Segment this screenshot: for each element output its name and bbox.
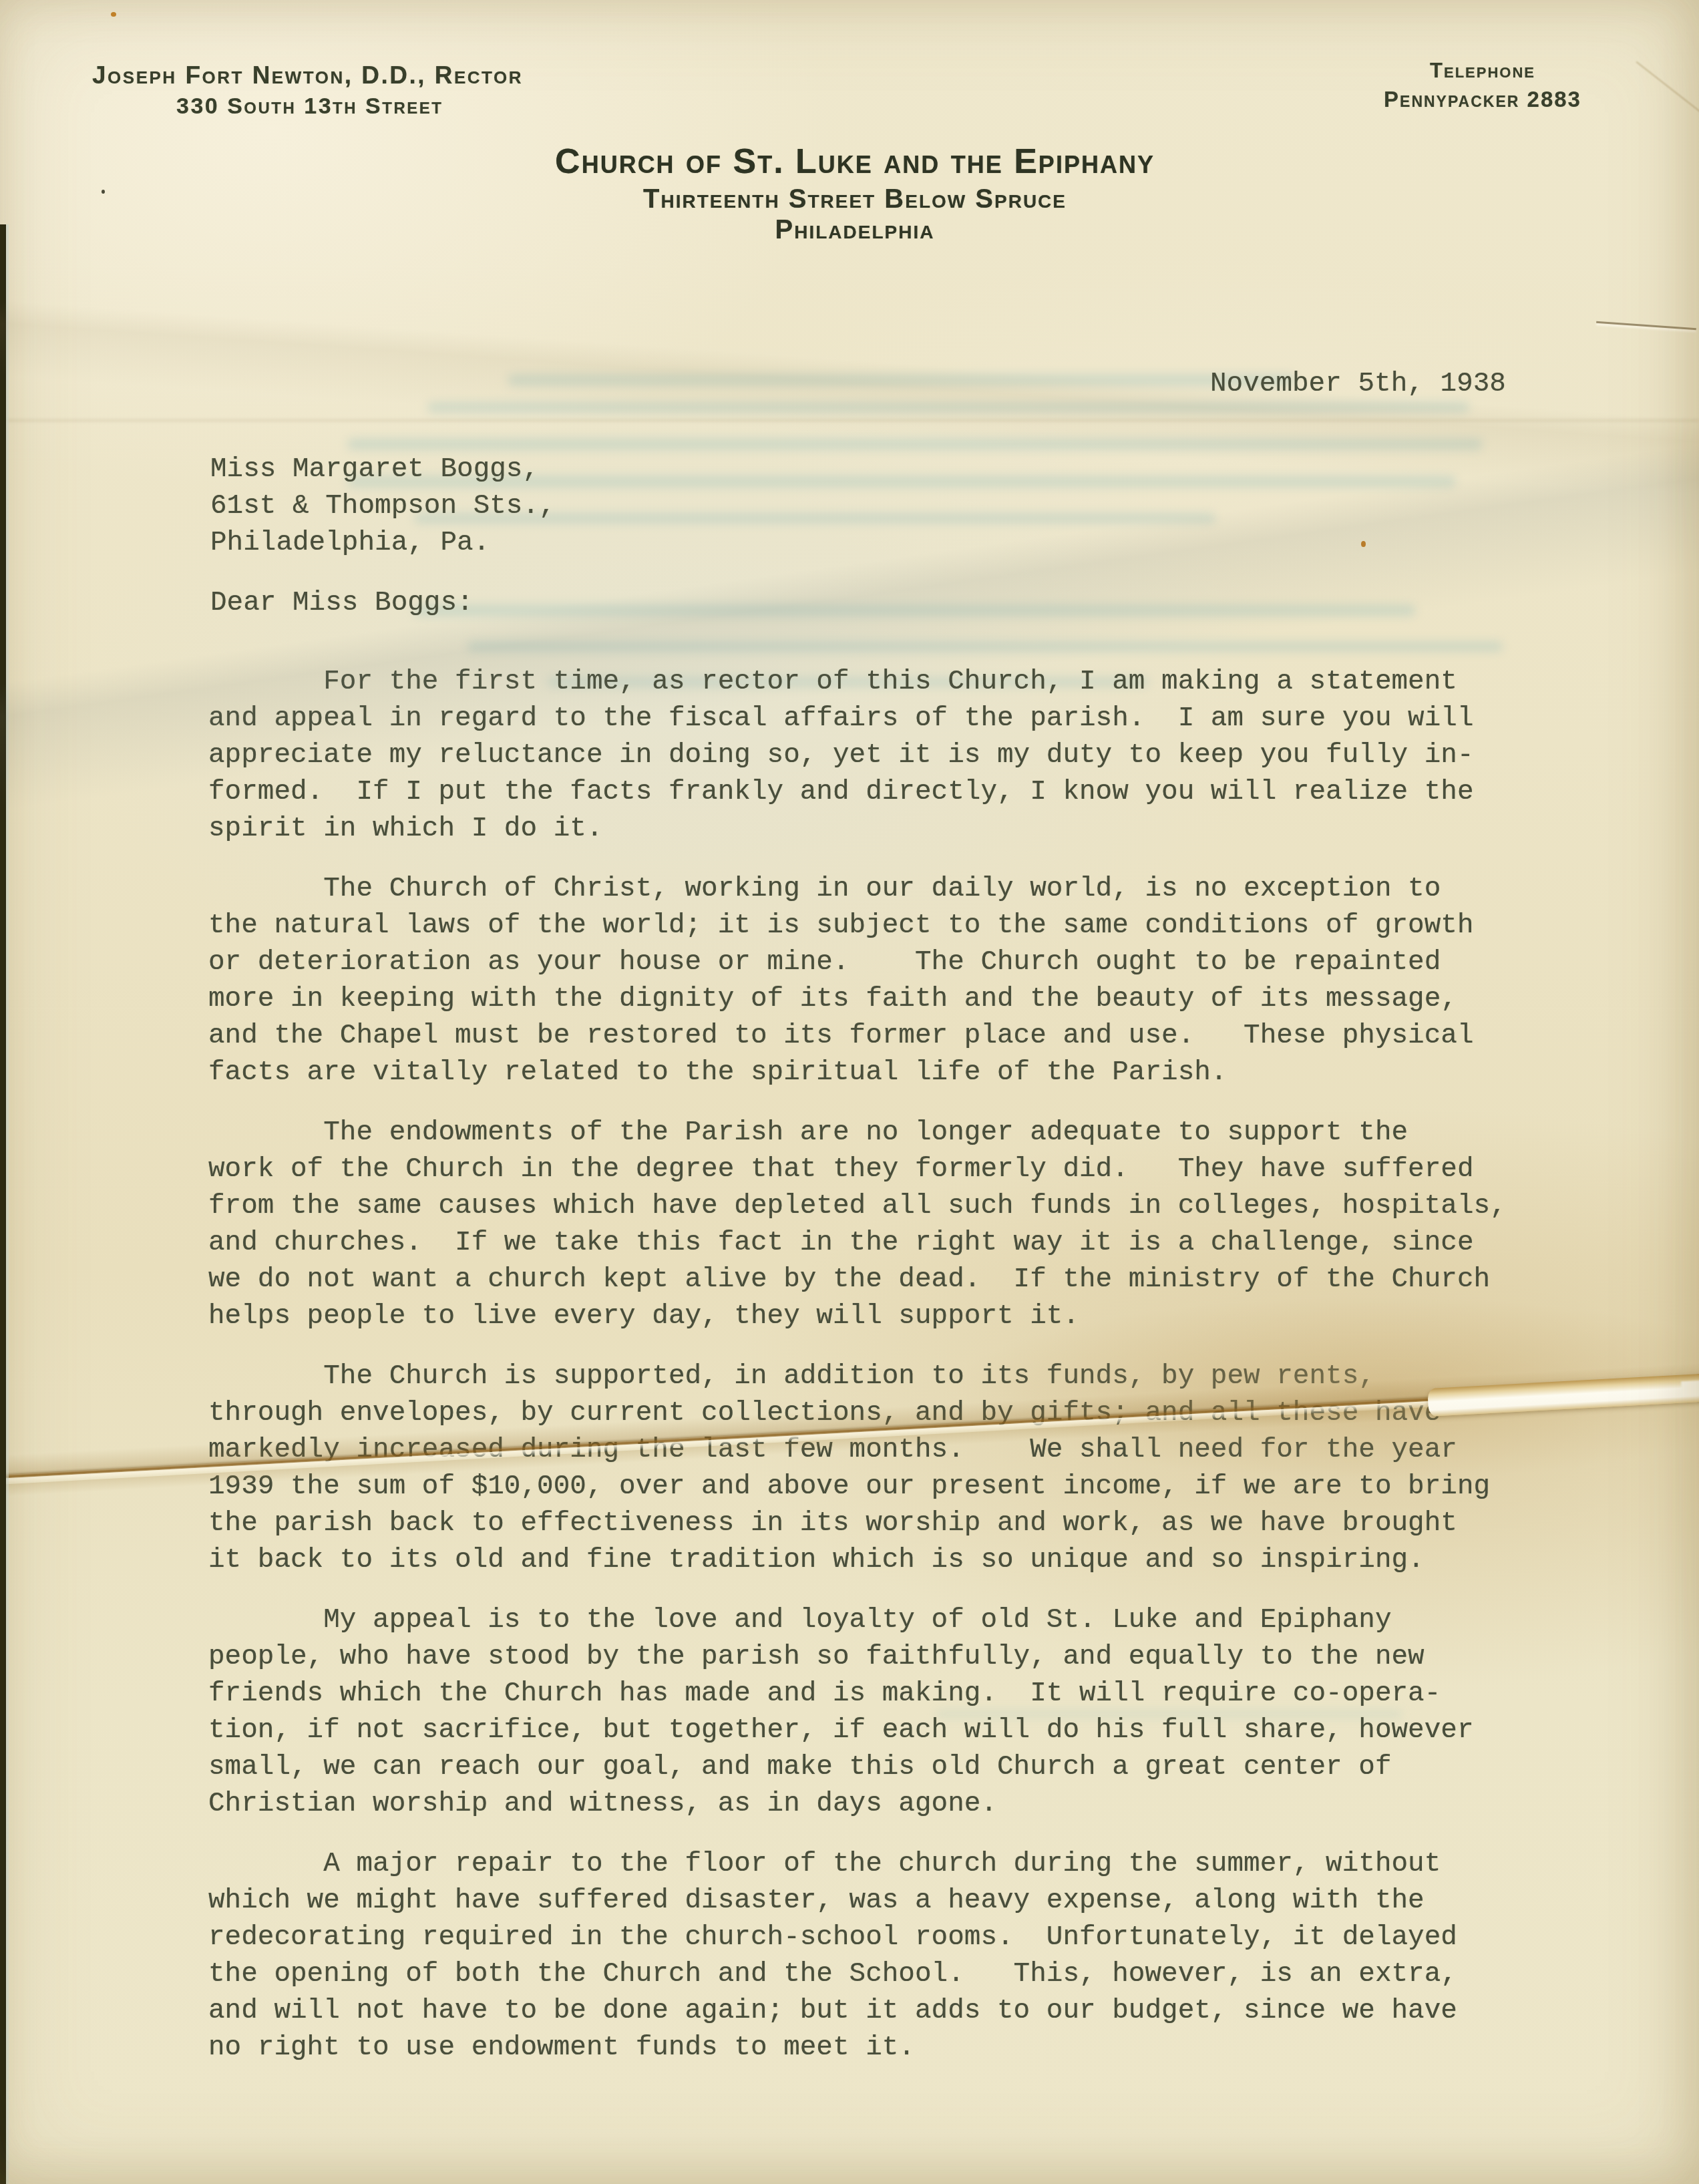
typewritten-line: The Church of Christ, working in our dai… [208,871,1597,908]
letterhead-rector-name: Joseph Fort Newton, D.D., Rector [92,61,523,89]
typewritten-line: friends which the Church has made and is… [208,1676,1597,1712]
church-street-line: Thirteenth Street Below Spruce [0,184,1699,214]
typewritten-line: from the same causes which have depleted… [208,1188,1597,1225]
typewritten-line: we do not want a church kept alive by th… [208,1262,1597,1298]
paragraph: A major repair to the floor of the churc… [208,1846,1597,2066]
paragraph: For the first time, as rector of this Ch… [208,664,1597,848]
typewritten-line: or deterioration as your house or mine. … [208,944,1597,981]
typewritten-line: and churches. If we take this fact in th… [208,1225,1597,1262]
paragraph: The endowments of the Parish are no long… [208,1115,1597,1335]
typewritten-line: small, we can reach our goal, and make t… [208,1749,1597,1786]
letterhead-rector-address: 330 South 13th Street [176,94,443,120]
typewritten-line: appreciate my reluctance in doing so, ye… [208,737,1597,774]
typewritten-line: and the Chapel must be restored to its f… [208,1018,1597,1055]
paper-tear-edge [1681,1377,1699,1396]
scanned-letter-page: Joseph Fort Newton, D.D., Rector 330 Sou… [0,0,1699,2184]
scanner-edge-strip [0,224,6,2184]
date-line: November 5th, 1938 [1210,366,1506,403]
typewritten-line: 1939 the sum of $10,000, over and above … [208,1469,1597,1505]
typewritten-line: formed. If I put the facts frankly and d… [208,774,1597,811]
typewritten-line: and will not have to be done again; but … [208,1993,1597,2030]
typewritten-line: people, who have stood by the parish so … [208,1639,1597,1676]
typewritten-line: through envelopes, by current collection… [208,1395,1597,1432]
typewritten-line: the natural laws of the world; it is sub… [208,908,1597,944]
typewritten-line: no right to use endowment funds to meet … [208,2030,1597,2066]
faint-fold-line [0,419,1699,421]
church-name-title: Church of St. Luke and the Epiphany [0,142,1699,182]
scanner-edge-highlight [6,224,9,2184]
letter-body: For the first time, as rector of this Ch… [208,664,1597,2090]
edge-crack [1596,321,1696,330]
typewritten-line: A major repair to the floor of the churc… [208,1846,1597,1883]
salutation-line: Dear Miss Boggs: [210,585,474,622]
church-city-line: Philadelphia [0,215,1699,245]
typewritten-line: work of the Church in the degree that th… [208,1151,1597,1188]
recipient-line: Miss Margaret Boggs, [210,451,556,488]
letterhead-telephone-label: Telephone [1349,59,1616,83]
recipient-address-block: Miss Margaret Boggs,61st & Thompson Sts.… [210,451,556,562]
typewritten-line: For the first time, as rector of this Ch… [208,664,1597,701]
typewritten-line: facts are vitally related to the spiritu… [208,1055,1597,1091]
ink-speck [1361,541,1366,547]
typewritten-line: which we might have suffered disaster, w… [208,1883,1597,1920]
typewritten-line: My appeal is to the love and loyalty of … [208,1602,1597,1639]
paragraph: My appeal is to the love and loyalty of … [208,1602,1597,1823]
typewritten-line: The Church is supported, in addition to … [208,1358,1597,1395]
paragraph: The Church of Christ, working in our dai… [208,871,1597,1091]
typewritten-line: spirit in which I do it. [208,811,1597,848]
recipient-line: Philadelphia, Pa. [210,525,556,562]
typewritten-line: the opening of both the Church and the S… [208,1956,1597,1993]
typewritten-line: tion, if not sacrifice, but together, if… [208,1712,1597,1749]
typewritten-line: markedly increased during the last few m… [208,1432,1597,1469]
typewritten-line: the parish back to effectiveness in its … [208,1505,1597,1542]
letterhead-telephone-number: Pennypacker 2883 [1349,87,1616,112]
ink-speck [111,12,116,17]
typewritten-line: helps people to live every day, they wil… [208,1298,1597,1335]
typewritten-line: it back to its old and fine tradition wh… [208,1542,1597,1579]
typewritten-line: more in keeping with the dignity of its … [208,981,1597,1018]
typewritten-line: Christian worship and witness, as in day… [208,1786,1597,1823]
paragraph: The Church is supported, in addition to … [208,1358,1597,1579]
ink-speck [102,190,105,194]
letterhead-telephone-block: Telephone Pennypacker 2883 [1349,59,1616,112]
recipient-line: 61st & Thompson Sts., [210,488,556,525]
typewritten-line: The endowments of the Parish are no long… [208,1115,1597,1151]
typewritten-line: redecorating required in the church-scho… [208,1920,1597,1956]
corner-crease [1636,61,1699,141]
typewritten-line: and appeal in regard to the fiscal affai… [208,701,1597,737]
